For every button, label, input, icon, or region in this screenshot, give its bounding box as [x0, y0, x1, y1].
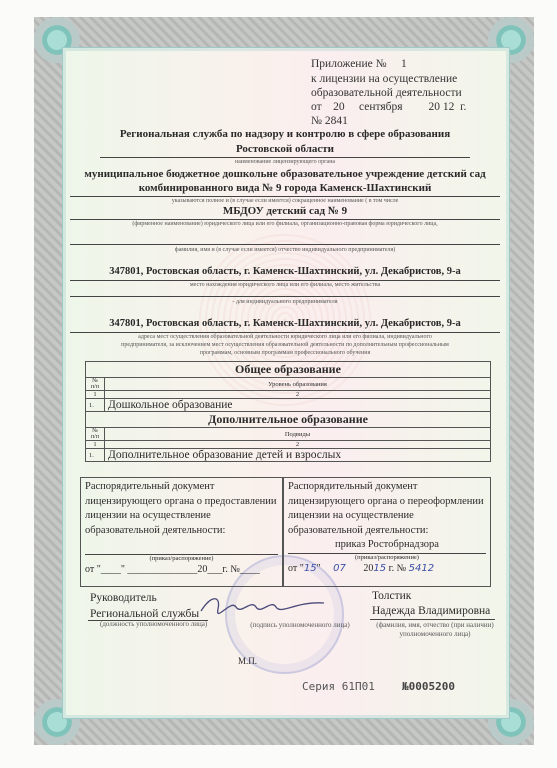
activity-caption-3: программам, основным программам професси…	[62, 350, 508, 356]
reissue-order-caption: (приказ/распоряжение)	[288, 554, 486, 562]
reissue-date-line: от "15" 07 2015 г. № 5412	[288, 562, 486, 577]
additional-education-title: Дополнительное образование	[86, 412, 491, 428]
row-name: Дошкольное образование	[105, 399, 491, 412]
activity-caption-1: адреса мест осуществления образовательно…	[62, 334, 508, 340]
divider	[370, 619, 495, 620]
table-row: 1.Дополнительное образование детей и взр…	[86, 449, 491, 462]
divider	[70, 332, 500, 333]
divider	[70, 296, 500, 297]
row-name: Дополнительное образование детей и взрос…	[105, 449, 491, 462]
licensee-caption-ip: - для индивидуального предпринимателя	[62, 299, 508, 305]
row-num: 1.	[86, 449, 105, 462]
reissue-year: 15	[373, 563, 386, 574]
col-subtype-header: Подвиды	[105, 428, 491, 441]
name-caption: (фамилия, имя, отчество (при наличии) уп…	[375, 621, 495, 639]
divider	[70, 196, 500, 197]
licensee-short-name: МБДОУ детский сад № 9	[62, 205, 508, 217]
col-index: 2	[105, 441, 491, 449]
grant-document-box: Распорядительный документ лицензирующего…	[80, 477, 283, 587]
appendix-title: Приложение № 1	[311, 57, 407, 71]
divider	[70, 219, 500, 220]
reissue-day: 15	[304, 563, 317, 574]
reissue-order-value: приказ Ростобрнадзора	[288, 538, 486, 554]
licensee-caption-address: место нахождения юридического лица или е…	[62, 282, 508, 288]
licensee-address: 347801, Ростовская область, г. Каменск-Ш…	[62, 266, 508, 277]
activity-caption-2: предпринимателя, за исключением мест осу…	[62, 342, 508, 348]
divider	[70, 244, 500, 245]
col-level-header: Уровень образования	[105, 378, 491, 391]
appendix-number: № 2841	[311, 114, 348, 128]
authority-name-line2: Ростовской области	[62, 143, 508, 155]
authority-name-line1: Региональная служба по надзору и контрол…	[62, 128, 508, 140]
licensee-name-line2: комбинированного вида № 9 города Каменск…	[62, 182, 508, 194]
reissue-month: 07	[333, 563, 346, 574]
col-num-header: № п/п	[86, 428, 105, 441]
col-index: 2	[105, 391, 491, 399]
appendix-line3: образовательной деятельности	[311, 86, 462, 100]
seal-place: М.П.	[238, 656, 257, 666]
general-education-table: Общее образование № п/пУровень образован…	[85, 361, 491, 462]
series: Серия 61П01	[302, 680, 375, 693]
row-num: 1.	[86, 399, 105, 412]
appendix-date: от 20 сентября 20 12 г.	[311, 100, 466, 114]
licensee-name-line1: муниципальное бюджетное дошкольне образо…	[62, 168, 508, 180]
col-index: 1	[86, 391, 105, 399]
position-caption: (должность уполномоченного лица)	[100, 620, 207, 628]
authority-caption: наименование лицензирующего органа	[62, 159, 508, 165]
licensee-caption-fio: фамилия, имя и (в случае если имеется) о…	[62, 247, 508, 253]
grant-order-caption: (приказ/распоряжение)	[85, 555, 278, 563]
general-education-title: Общее образование	[86, 362, 491, 378]
grant-date-line: от "____" ______________20___г. №____	[85, 563, 278, 578]
licensee-caption-full: указываются полное и (в случае если имее…	[62, 198, 508, 204]
appendix-line2: к лицензии на осуществление	[311, 72, 457, 86]
col-index: 1	[86, 441, 105, 449]
activity-address: 347801, Ростовская область, г. Каменск-Ш…	[62, 318, 508, 329]
reissue-document-text: Распорядительный документ лицензирующего…	[288, 480, 486, 538]
signatory-surname: Толстик	[372, 590, 411, 602]
signatory-name: Надежда Владимировна	[372, 605, 490, 617]
col-num-header: № п/п	[86, 378, 105, 391]
signature-icon	[196, 593, 326, 615]
grant-document-text: Распорядительный документ лицензирующего…	[85, 480, 278, 538]
divider	[100, 157, 470, 158]
signatory-position: Руководитель Региональной службы	[90, 590, 210, 622]
divider	[70, 280, 500, 281]
signature-caption: (подпись уполномоченного лица)	[245, 621, 355, 629]
reissue-document-box: Распорядительный документ лицензирующего…	[283, 477, 491, 587]
licensee-caption-short: (фирменное наименование) юридического ли…	[62, 221, 508, 227]
table-row: 1.Дошкольное образование	[86, 399, 491, 412]
serial-number: №0005200	[402, 680, 455, 693]
reissue-number: 5412	[409, 563, 434, 574]
